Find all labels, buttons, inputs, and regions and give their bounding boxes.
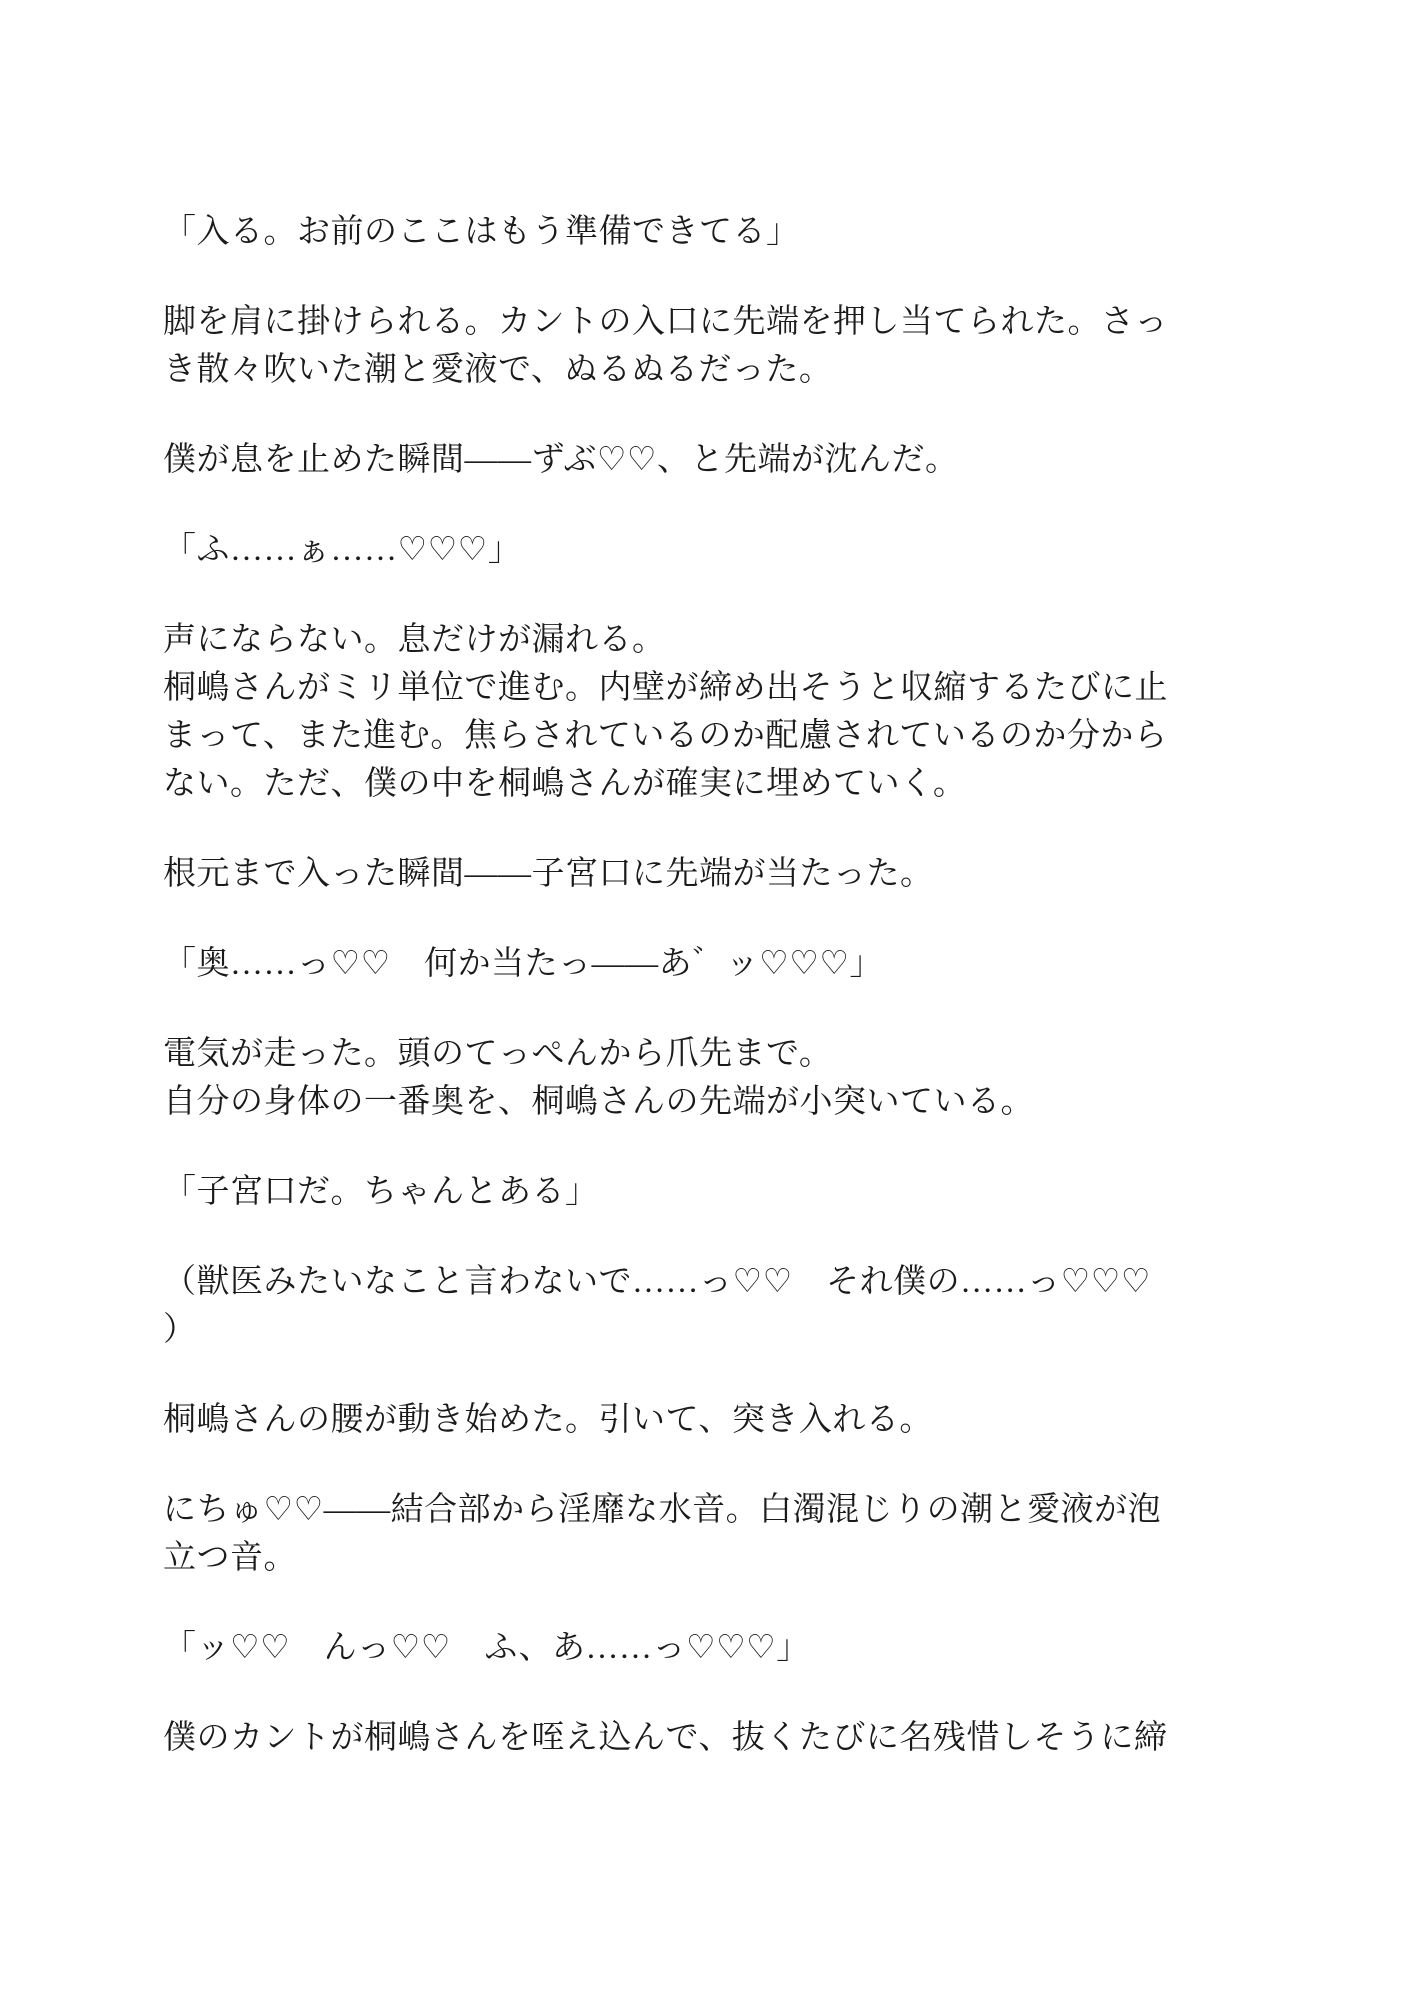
paragraph: 「子宮口だ。ちゃんとある」: [163, 1168, 1263, 1216]
text-line: ない。ただ、僕の中を桐嶋さんが確実に埋めていく。: [163, 760, 1263, 808]
paragraph: （獣医みたいなこと言わないで……っ♡♡ それ僕の……っ♡♡♡ ）: [163, 1258, 1263, 1354]
text-line: 根元まで入った瞬間——子宮口に先端が当たった。: [163, 856, 934, 892]
paragraph: にちゅ♡♡——結合部から淫靡な水音。白濁混じりの潮と愛液が泡 立つ音。: [163, 1486, 1263, 1582]
paragraph: 「入る。お前のここはもう準備できてる」: [163, 208, 1263, 256]
text-line: 桐嶋さんの腰が動き始めた。引いて、突き入れる。: [163, 1402, 933, 1438]
paragraph: 「ふ……ぁ……♡♡♡」: [163, 526, 1263, 574]
text-line: （獣医みたいなこと言わないで……っ♡♡ それ僕の……っ♡♡♡: [163, 1258, 1263, 1306]
paragraph: 電気が走った。頭のてっぺんから爪先まで。 自分の身体の一番奥を、桐嶋さんの先端が…: [163, 1030, 1263, 1126]
text-line: 脚を肩に掛けられる。カントの入口に先端を押し当てられた。さっ: [163, 298, 1263, 346]
text-line: 声にならない。息だけが漏れる。: [163, 616, 1263, 664]
text-line: 「奥……っ♡♡ 何か当たっ——あ゛ッ♡♡♡」: [163, 946, 883, 982]
text-line: 僕が息を止めた瞬間——ずぶ♡♡、と先端が沈んだ。: [163, 442, 959, 478]
paragraph: 根元まで入った瞬間——子宮口に先端が当たった。: [163, 850, 1263, 898]
text-line: 桐嶋さんがミリ単位で進む。内壁が締め出そうと収縮するたびに止: [163, 664, 1263, 712]
text-line: き散々吹いた潮と愛液で、ぬるぬるだった。: [163, 346, 1263, 394]
text-line: まって、また進む。焦らされているのか配慮されているのか分から: [163, 712, 1263, 760]
paragraph: 僕のカントが桐嶋さんを咥え込んで、抜くたびに名残惜しそうに締: [163, 1714, 1263, 1762]
text-line: 「入る。お前のここはもう準備できてる」: [163, 214, 800, 250]
text-line: 自分の身体の一番奥を、桐嶋さんの先端が小突いている。: [163, 1078, 1263, 1126]
paragraph: 僕が息を止めた瞬間——ずぶ♡♡、と先端が沈んだ。: [163, 436, 1263, 484]
paragraph: 「ッ♡♡ んっ♡♡ ふ、あ……っ♡♡♡」: [163, 1624, 1263, 1672]
text-line: 「ッ♡♡ んっ♡♡ ふ、あ……っ♡♡♡」: [163, 1630, 810, 1666]
text-line: 立つ音。: [163, 1534, 1263, 1582]
paragraph: 脚を肩に掛けられる。カントの入口に先端を押し当てられた。さっ き散々吹いた潮と愛…: [163, 298, 1263, 394]
text-line: 「子宮口だ。ちゃんとある」: [163, 1174, 599, 1210]
text-line: にちゅ♡♡——結合部から淫靡な水音。白濁混じりの潮と愛液が泡: [163, 1486, 1263, 1534]
paragraph: 「奥……っ♡♡ 何か当たっ——あ゛ッ♡♡♡」: [163, 940, 1263, 988]
paragraph: 桐嶋さんの腰が動き始めた。引いて、突き入れる。: [163, 1396, 1263, 1444]
paragraph: 声にならない。息だけが漏れる。 桐嶋さんがミリ単位で進む。内壁が締め出そうと収縮…: [163, 616, 1263, 808]
text-line: ）: [163, 1306, 1263, 1354]
text-line: 電気が走った。頭のてっぺんから爪先まで。: [163, 1030, 1263, 1078]
text-line: 「ふ……ぁ……♡♡♡」: [163, 532, 521, 568]
text-line: 僕のカントが桐嶋さんを咥え込んで、抜くたびに名残惜しそうに締: [163, 1720, 1167, 1756]
page: 「入る。お前のここはもう準備できてる」 脚を肩に掛けられる。カントの入口に先端を…: [0, 0, 1415, 2000]
text-content: 「入る。お前のここはもう準備できてる」 脚を肩に掛けられる。カントの入口に先端を…: [163, 208, 1263, 1804]
